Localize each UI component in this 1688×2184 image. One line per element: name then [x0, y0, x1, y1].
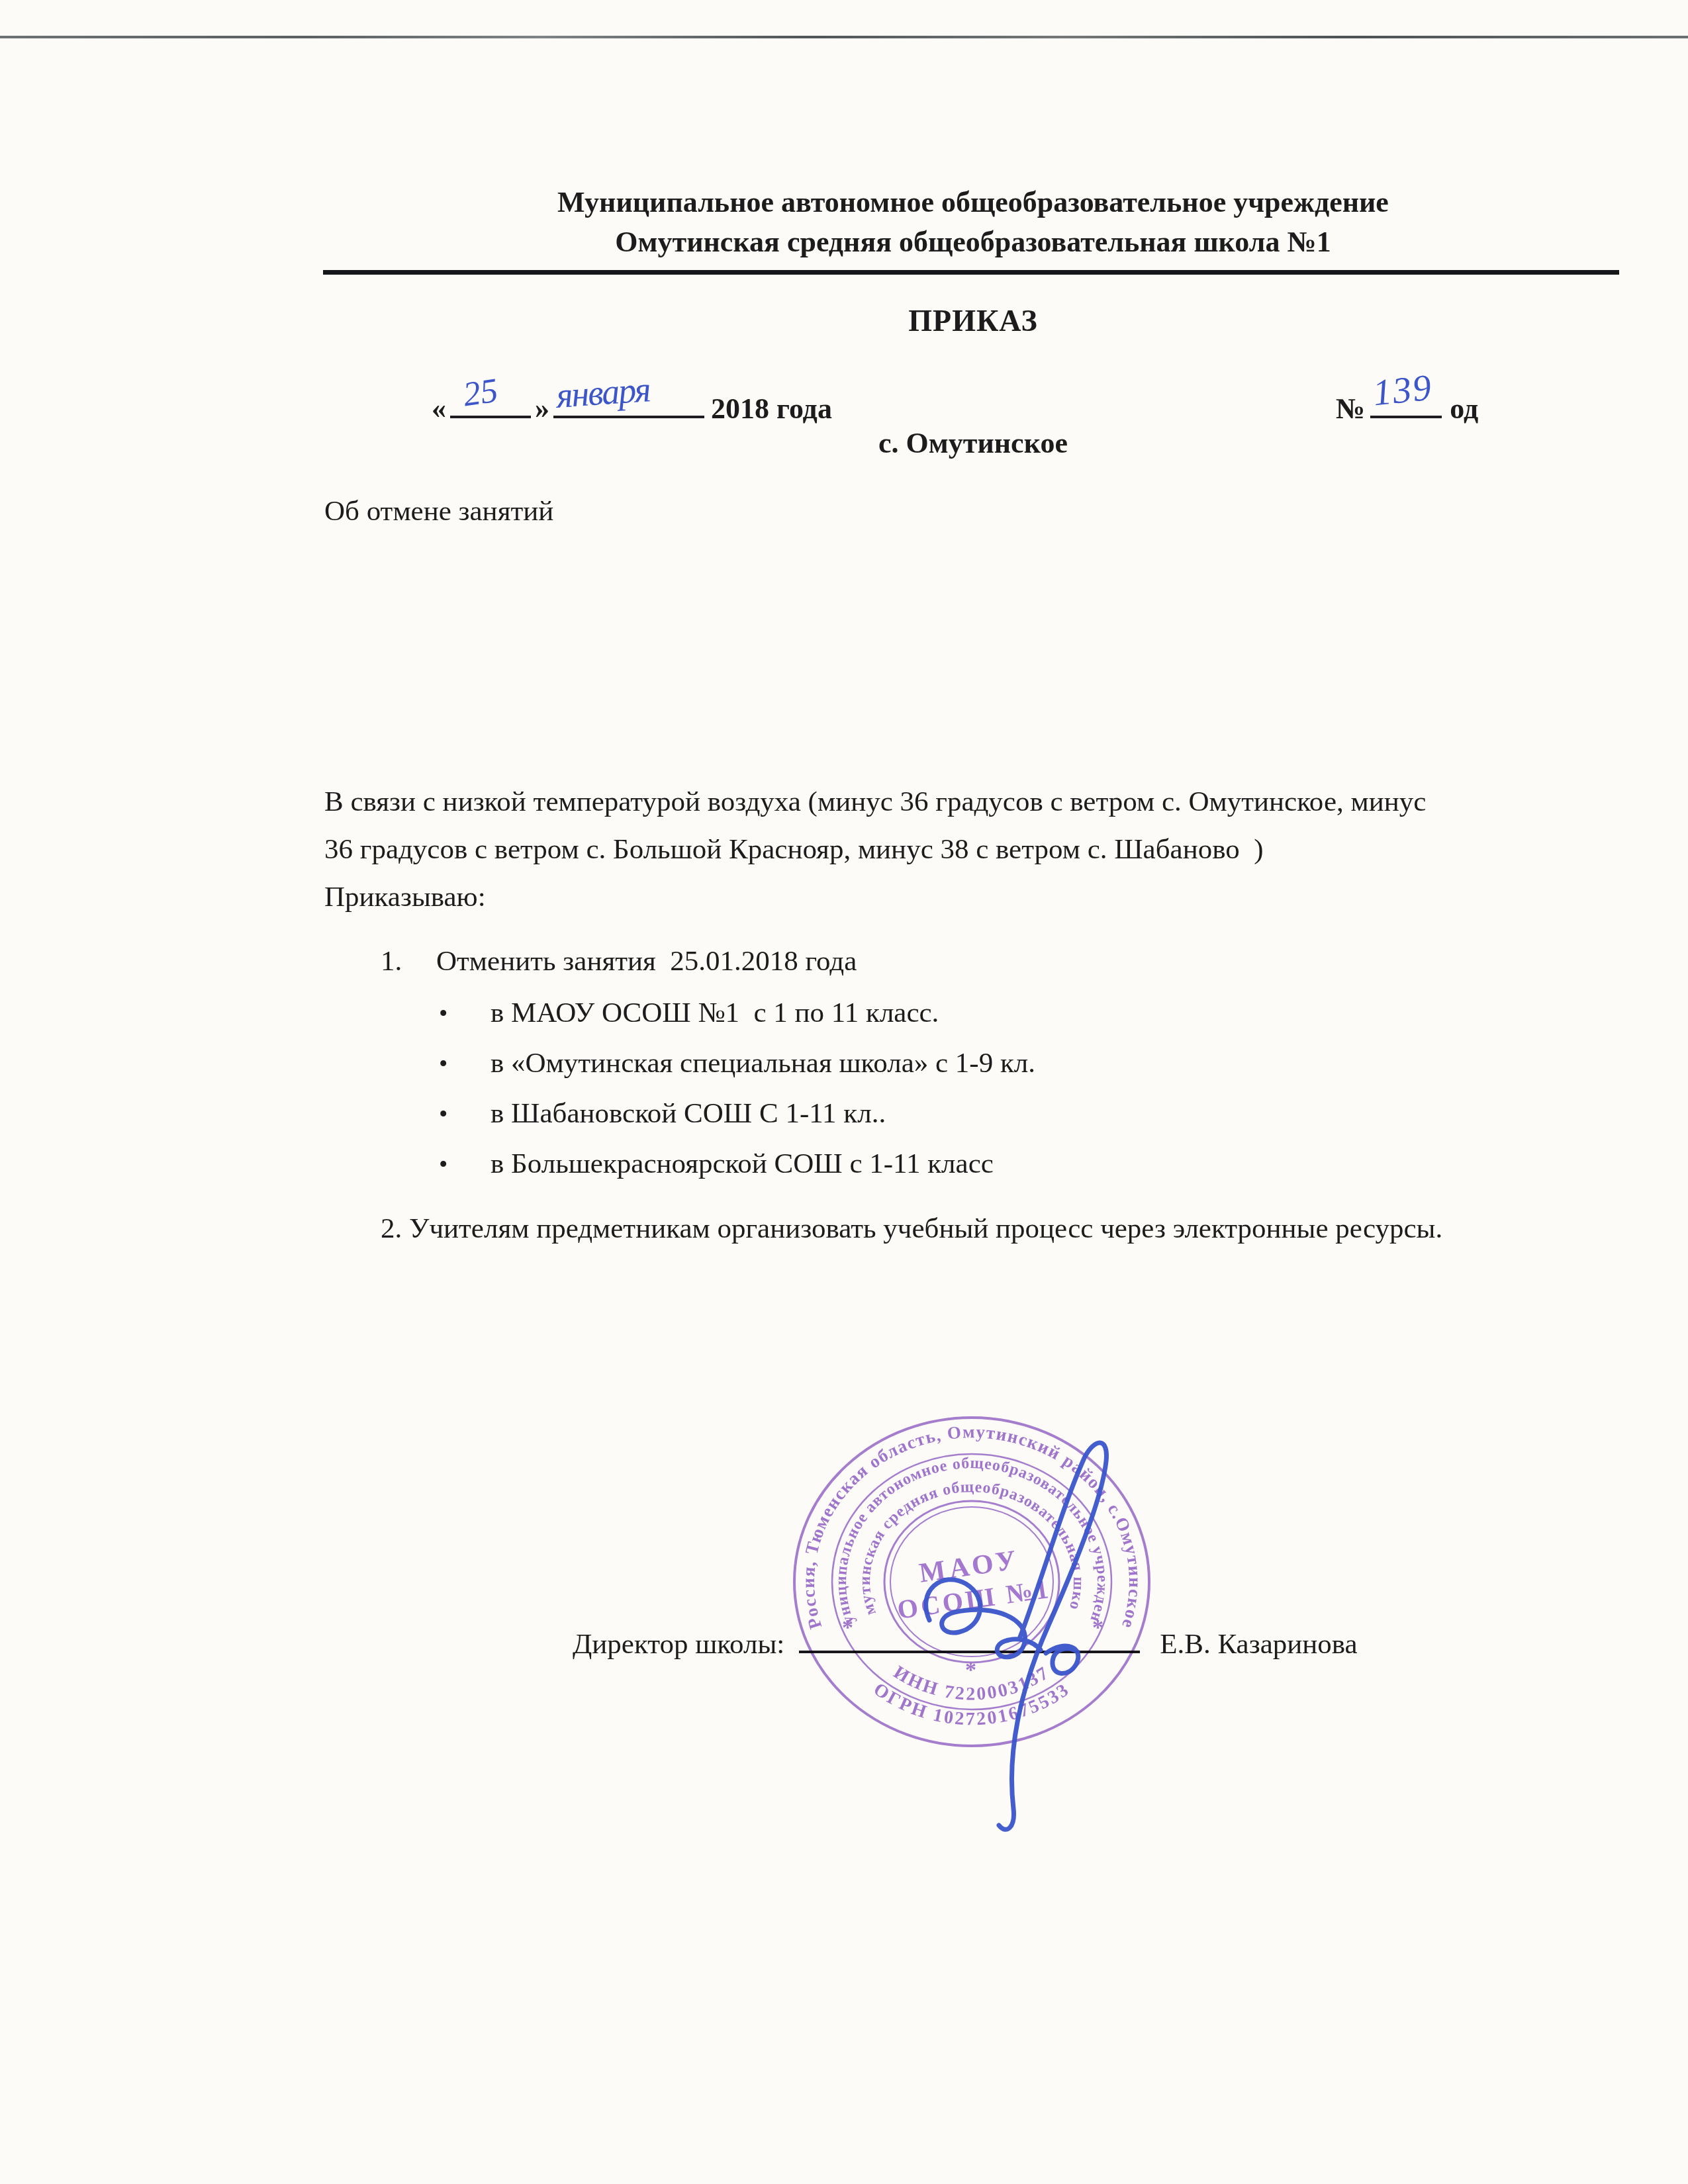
- bullet-item: • в Большекрасноярской СОШ с 1-11 класс: [439, 1148, 994, 1180]
- list-item-1: 1. Отменить занятия 25.01.2018 года: [381, 945, 857, 978]
- date-day-handwritten: 25: [461, 371, 500, 415]
- signature-scribble: [849, 1420, 1193, 1850]
- signature-stroke-main: [999, 1443, 1106, 1829]
- body-line-1: В связи с низкой температурой воздуха (м…: [324, 778, 1642, 826]
- organization-header: Муниципальное автономное общеобразовател…: [324, 183, 1622, 262]
- number-blank: 139: [1370, 384, 1442, 418]
- date-month-handwritten: января: [555, 369, 651, 416]
- list-item-1-number: 1.: [381, 945, 436, 978]
- body-line-2: 36 градусов с ветром с. Большой Краснояр…: [324, 826, 1642, 874]
- signature-stroke-tail: [1046, 1646, 1078, 1674]
- bullet-glyph: •: [439, 1050, 491, 1079]
- subject-line: Об отмене занятий: [324, 495, 553, 527]
- bullet-glyph: •: [439, 1150, 491, 1179]
- order-title: ПРИКАЗ: [324, 303, 1622, 338]
- bullet-text: в Шабановской СОШ С 1-11 кл..: [491, 1097, 886, 1130]
- date-open-quote: «: [432, 392, 446, 426]
- signature-stroke-loops: [926, 1580, 1041, 1657]
- bullet-item: • в Шабановской СОШ С 1-11 кл..: [439, 1097, 886, 1130]
- bullet-text: в «Омутинская специальная школа» с 1-9 к…: [491, 1047, 1035, 1079]
- body-paragraph: В связи с низкой температурой воздуха (м…: [324, 778, 1642, 921]
- date-close-quote: »: [535, 392, 549, 426]
- signature-label: Директор школы:: [573, 1628, 784, 1661]
- number-sign: №: [1336, 392, 1365, 426]
- bullet-glyph: •: [439, 1100, 491, 1129]
- date-year: 2018 года: [711, 392, 832, 426]
- list-item-2: 2. Учителям предметникам организовать уч…: [381, 1212, 1638, 1245]
- bullet-glyph: •: [439, 999, 491, 1028]
- org-name-line2: Омутинская средняя общеобразовательная ш…: [324, 222, 1622, 262]
- bullet-text: в Большекрасноярской СОШ с 1-11 класс: [491, 1148, 994, 1180]
- header-divider-rule: [323, 270, 1619, 275]
- bullet-text: в МАОУ ОСОШ №1 с 1 по 11 класс.: [491, 997, 939, 1029]
- bullet-item: • в «Омутинская специальная школа» с 1-9…: [439, 1047, 1035, 1079]
- bullet-item: • в МАОУ ОСОШ №1 с 1 по 11 класс.: [439, 997, 939, 1029]
- list-item-1-text: Отменить занятия 25.01.2018 года: [436, 945, 857, 978]
- document-page: Муниципальное автономное общеобразовател…: [0, 0, 1688, 2184]
- date-month-blank: января: [553, 384, 704, 418]
- number-handwritten: 139: [1371, 366, 1434, 414]
- settlement-line: с. Омутинское: [324, 426, 1622, 460]
- scanner-edge-artifact: [0, 36, 1688, 38]
- number-suffix: од: [1450, 392, 1478, 426]
- date-line: « 25 » января 2018 года: [432, 384, 832, 426]
- org-name-line1: Муниципальное автономное общеобразовател…: [324, 183, 1622, 222]
- order-number-line: № 139 од: [1336, 384, 1478, 426]
- body-line-3: Приказываю:: [324, 874, 1642, 921]
- date-day-blank: 25: [450, 384, 531, 418]
